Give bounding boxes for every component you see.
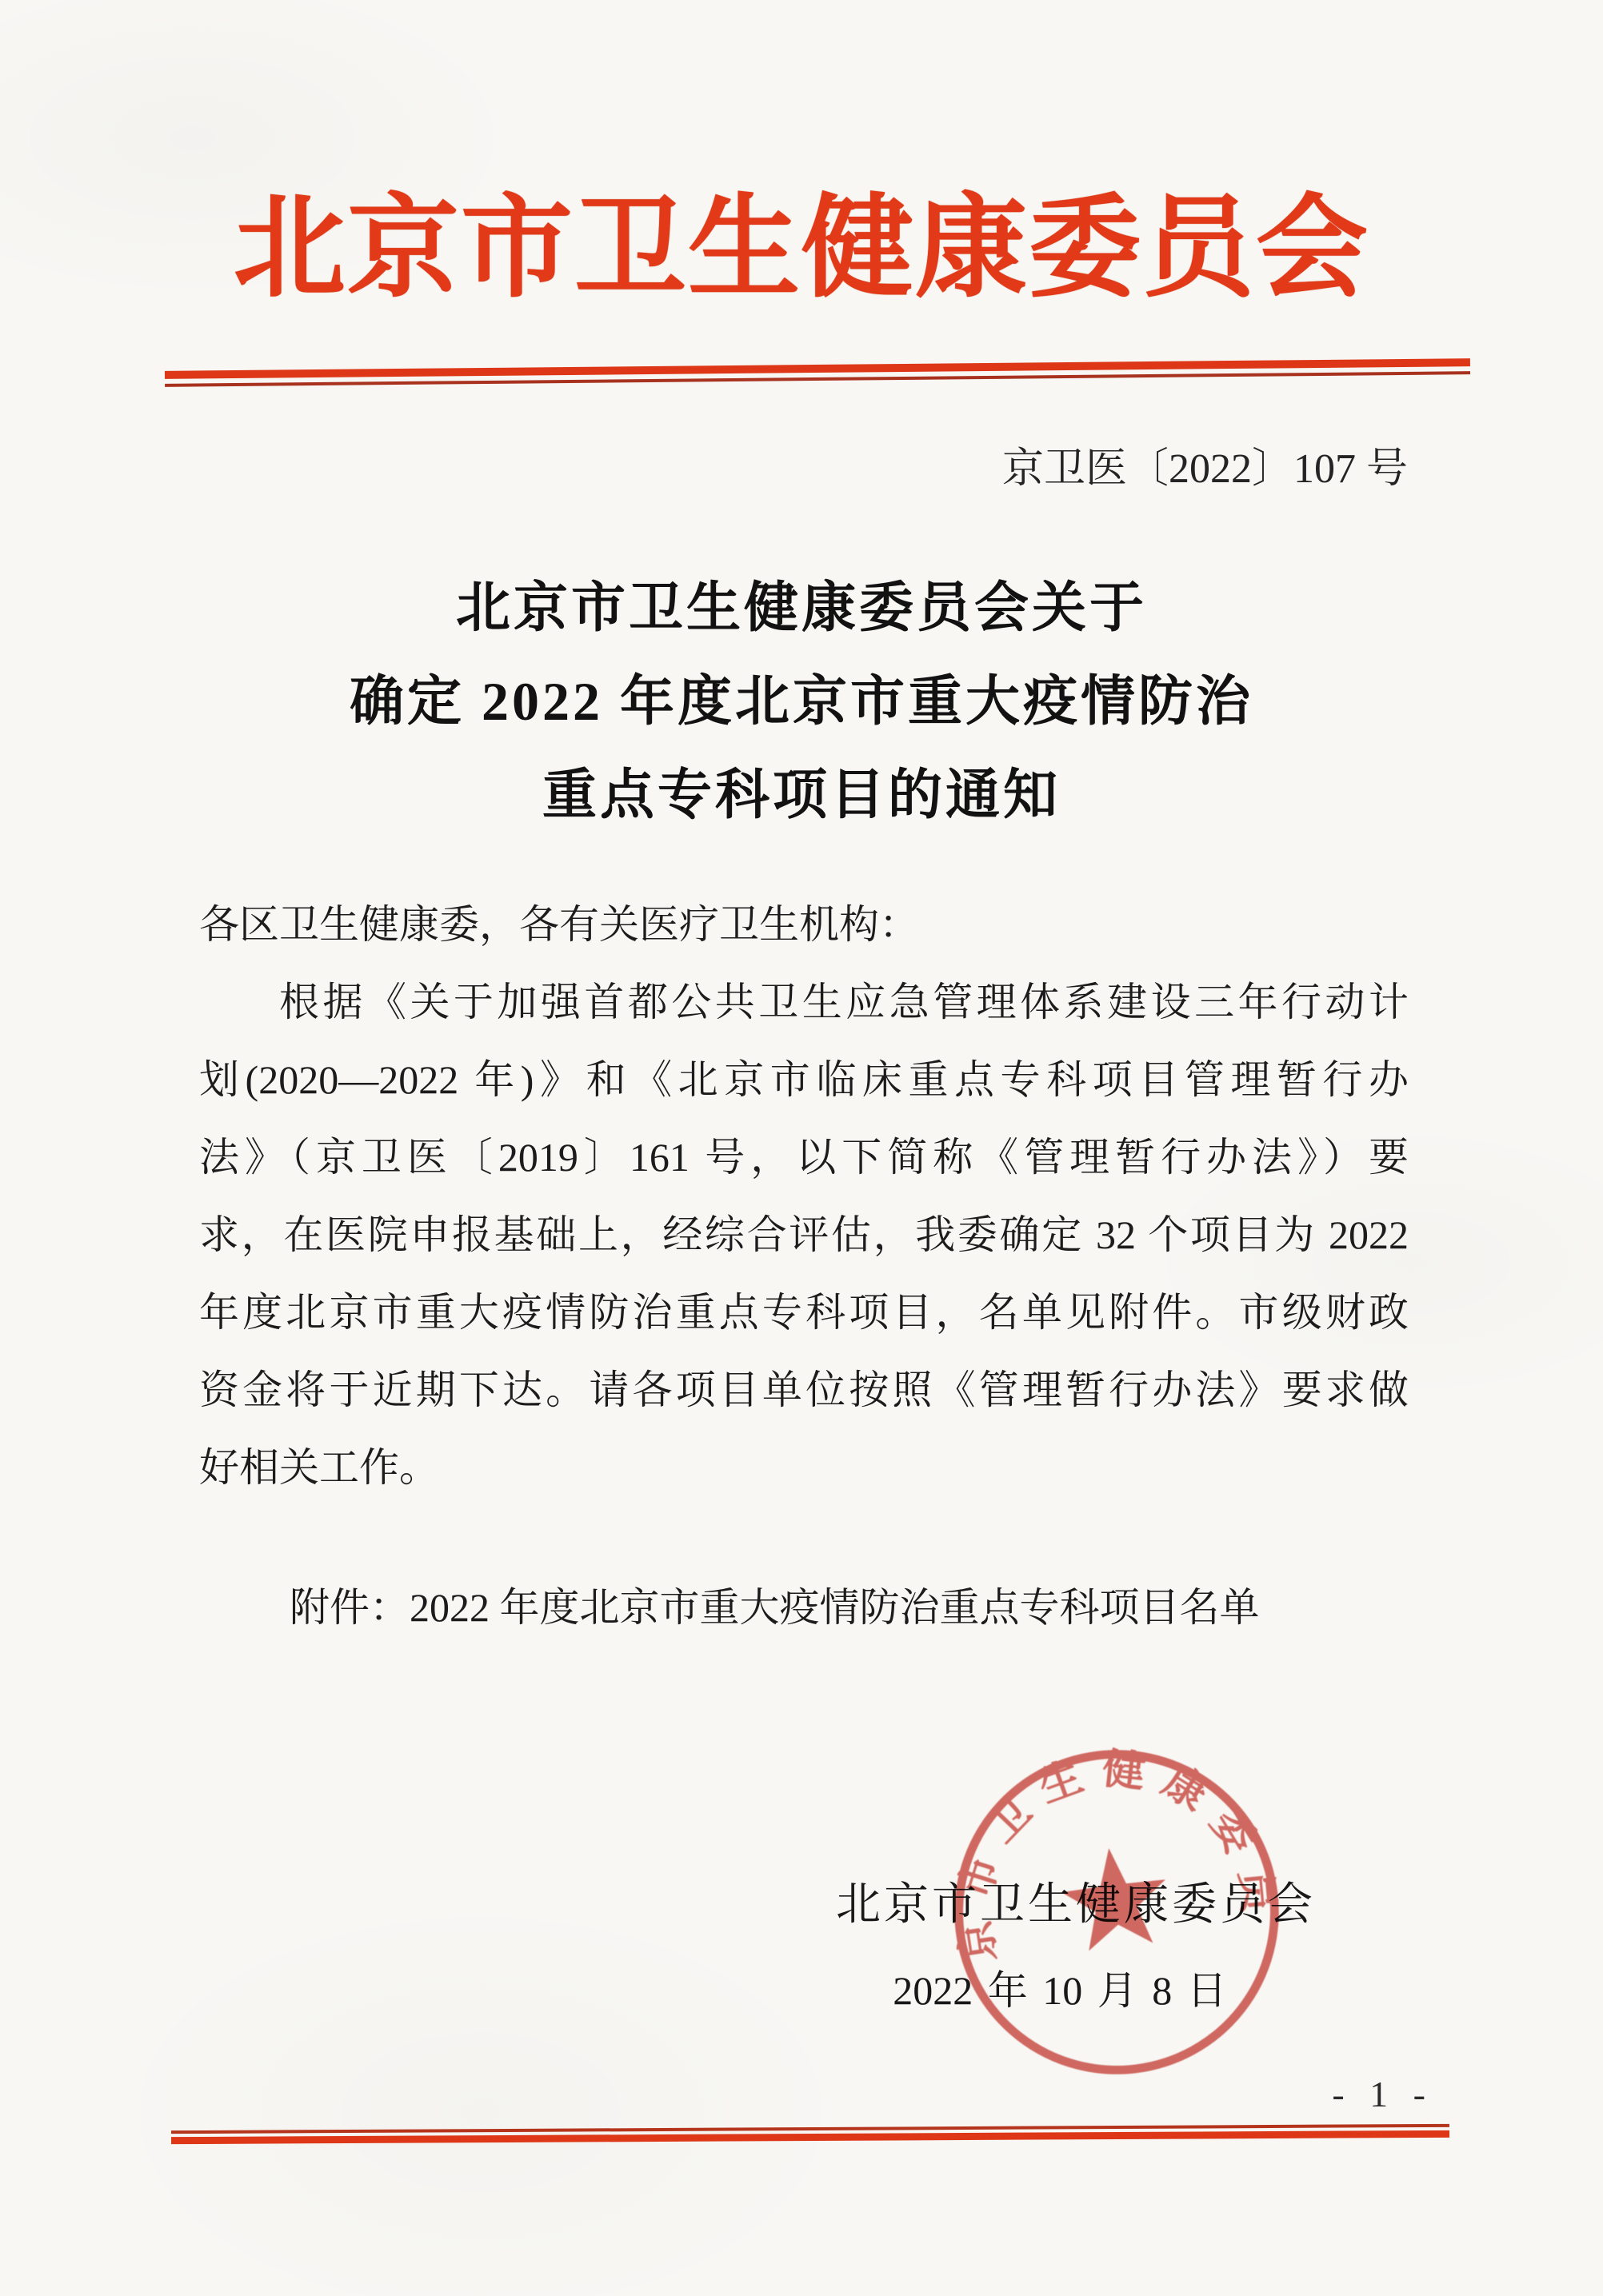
title-line-3: 重点专科项目的通知: [0, 749, 1603, 842]
body-line: 根据《关于加强首都公共卫生应急管理体系建设三年行动计: [199, 964, 1409, 1041]
body-line: 划(2020—2022 年)》和《北京市临床重点专科项目管理暂行办: [199, 1041, 1409, 1119]
page-number: - 1 -: [1332, 2076, 1425, 2113]
body-line: 资金将于近期下达。请各项目单位按照《管理暂行办法》要求做: [199, 1352, 1409, 1429]
body-line-last: 好相关工作。: [199, 1429, 1409, 1507]
document-page: 北京市卫生健康委员会 京卫医〔2022〕107 号 北京市卫生健康委员会关于 确…: [0, 0, 1603, 2296]
salutation-line: 各区卫生健康委，各有关医疗卫生机构：: [199, 886, 1409, 964]
body-line: 法》（京卫医〔2019〕161 号，以下简称《管理暂行办法》）要: [199, 1119, 1409, 1196]
title-line-2: 确定 2022 年度北京市重大疫情防治: [0, 655, 1603, 749]
attachment-line: 附件：2022 年度北京市重大疫情防治重点专科项目名单: [199, 1569, 1409, 1647]
official-seal: 北京市卫生健康委员会: [923, 1714, 1309, 2110]
title-line-1: 北京市卫生健康委员会关于: [0, 561, 1603, 655]
document-number: 京卫医〔2022〕107 号: [0, 445, 1408, 494]
body-text: 各区卫生健康委，各有关医疗卫生机构： 根据《关于加强首都公共卫生应急管理体系建设…: [199, 886, 1409, 1507]
body-line: 年度北京市重大疫情防治重点专科项目，名单见附件。市级财政: [199, 1274, 1409, 1352]
red-separator-line-top: [165, 358, 1470, 387]
red-header-org-name: 北京市卫生健康委员会: [0, 186, 1603, 313]
document-title: 北京市卫生健康委员会关于 确定 2022 年度北京市重大疫情防治 重点专科项目的…: [0, 561, 1603, 842]
body-line: 求，在医院申报基础上，经综合评估，我委确定 32 个项目为 2022: [199, 1196, 1409, 1274]
red-separator-line-bottom: [171, 2124, 1449, 2144]
seal-star-icon: [1057, 1842, 1173, 1953]
